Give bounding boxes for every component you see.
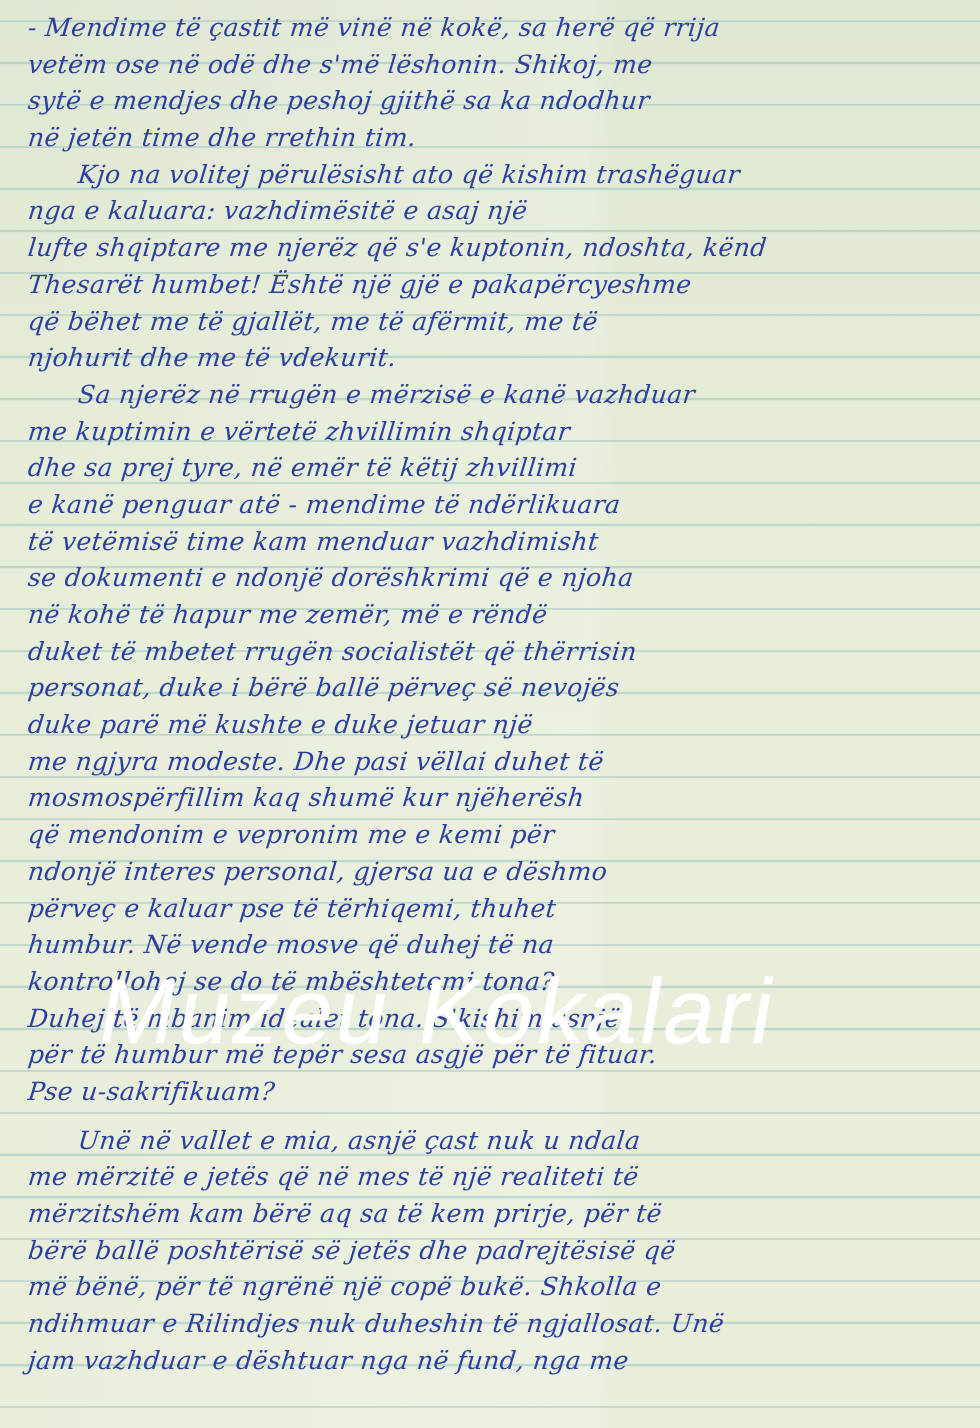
text-line: me ngjyra modeste. Dhe pasi vëllai duhet… <box>26 744 952 781</box>
text-line: humbur. Në vende mosve që duhej të na <box>26 927 952 964</box>
handwritten-text: - Mendime të çastit më vinë në kokë, sa … <box>28 10 950 1379</box>
text-line: nga e kaluara: vazhdimësitë e asaj një <box>26 193 952 230</box>
text-line: personat, duke i bërë ballë përveç së ne… <box>26 670 952 707</box>
manuscript-page: - Mendime të çastit më vinë në kokë, sa … <box>0 0 980 1428</box>
text-line: vetëm ose në odë dhe s'më lëshonin. Shik… <box>26 47 952 84</box>
text-line: jam vazhduar e dështuar nga në fund, nga… <box>26 1343 952 1380</box>
text-line: Pse u-sakrifikuam? <box>26 1074 952 1111</box>
text-line: më bënë, për të ngrënë një copë bukë. Sh… <box>26 1269 952 1306</box>
text-line: Sa njerëz në rrugën e mërzisë e kanë vaz… <box>26 377 952 414</box>
text-line: njohurit dhe me të vdekurit. <box>26 340 952 377</box>
text-line: me kuptimin e vërtetë zhvillimin shqipta… <box>26 414 952 451</box>
text-line: Thesarët humbet! Është një gjë e pakapër… <box>26 267 952 304</box>
text-line: në jetën time dhe rrethin tim. <box>26 120 952 157</box>
text-line: të vetëmisë time kam menduar vazhdimisht <box>26 524 952 561</box>
text-line: duket të mbetet rrugën socialistët që th… <box>26 634 952 671</box>
museum-watermark: Muzeu Kokalari <box>91 960 786 1065</box>
text-line: që mendonim e vepronim me e kemi për <box>26 817 952 854</box>
text-line: - Mendime të çastit më vinë në kokë, sa … <box>26 10 952 47</box>
text-line: lufte shqiptare me njerëz që s'e kuptoni… <box>26 230 952 267</box>
text-line: se dokumenti e ndonjë dorëshkrimi që e n… <box>26 560 952 597</box>
text-line: përveç e kaluar pse të tërhiqemi, thuhet <box>26 891 952 928</box>
text-line: mosmospërfillim kaq shumë kur njëherësh <box>26 780 952 817</box>
text-line: e kanë penguar atë - mendime të ndërliku… <box>26 487 952 524</box>
text-line: duke parë më kushte e duke jetuar një <box>26 707 952 744</box>
text-line: ndonjë interes personal, gjersa ua e dës… <box>26 854 952 891</box>
text-line: bërë ballë poshtërisë së jetës dhe padre… <box>26 1233 952 1270</box>
text-line: në kohë të hapur me zemër, më e rëndë <box>26 597 952 634</box>
text-line: mërzitshëm kam bërë aq sa të kem prirje,… <box>26 1196 952 1233</box>
text-line: Unë në vallet e mia, asnjë çast nuk u nd… <box>26 1123 952 1160</box>
text-line: me mërzitë e jetës që në mes të një real… <box>26 1159 952 1196</box>
text-line: ndihmuar e Rilindjes nuk duheshin të ngj… <box>26 1306 952 1343</box>
text-line: që bëhet me të gjallët, me të afërmit, m… <box>26 304 952 341</box>
text-line: sytë e mendjes dhe peshoj gjithë sa ka n… <box>26 83 952 120</box>
text-line: dhe sa prej tyre, në emër të këtij zhvil… <box>26 450 952 487</box>
text-line: Kjo na volitej përulësisht ato që kishim… <box>26 157 952 194</box>
